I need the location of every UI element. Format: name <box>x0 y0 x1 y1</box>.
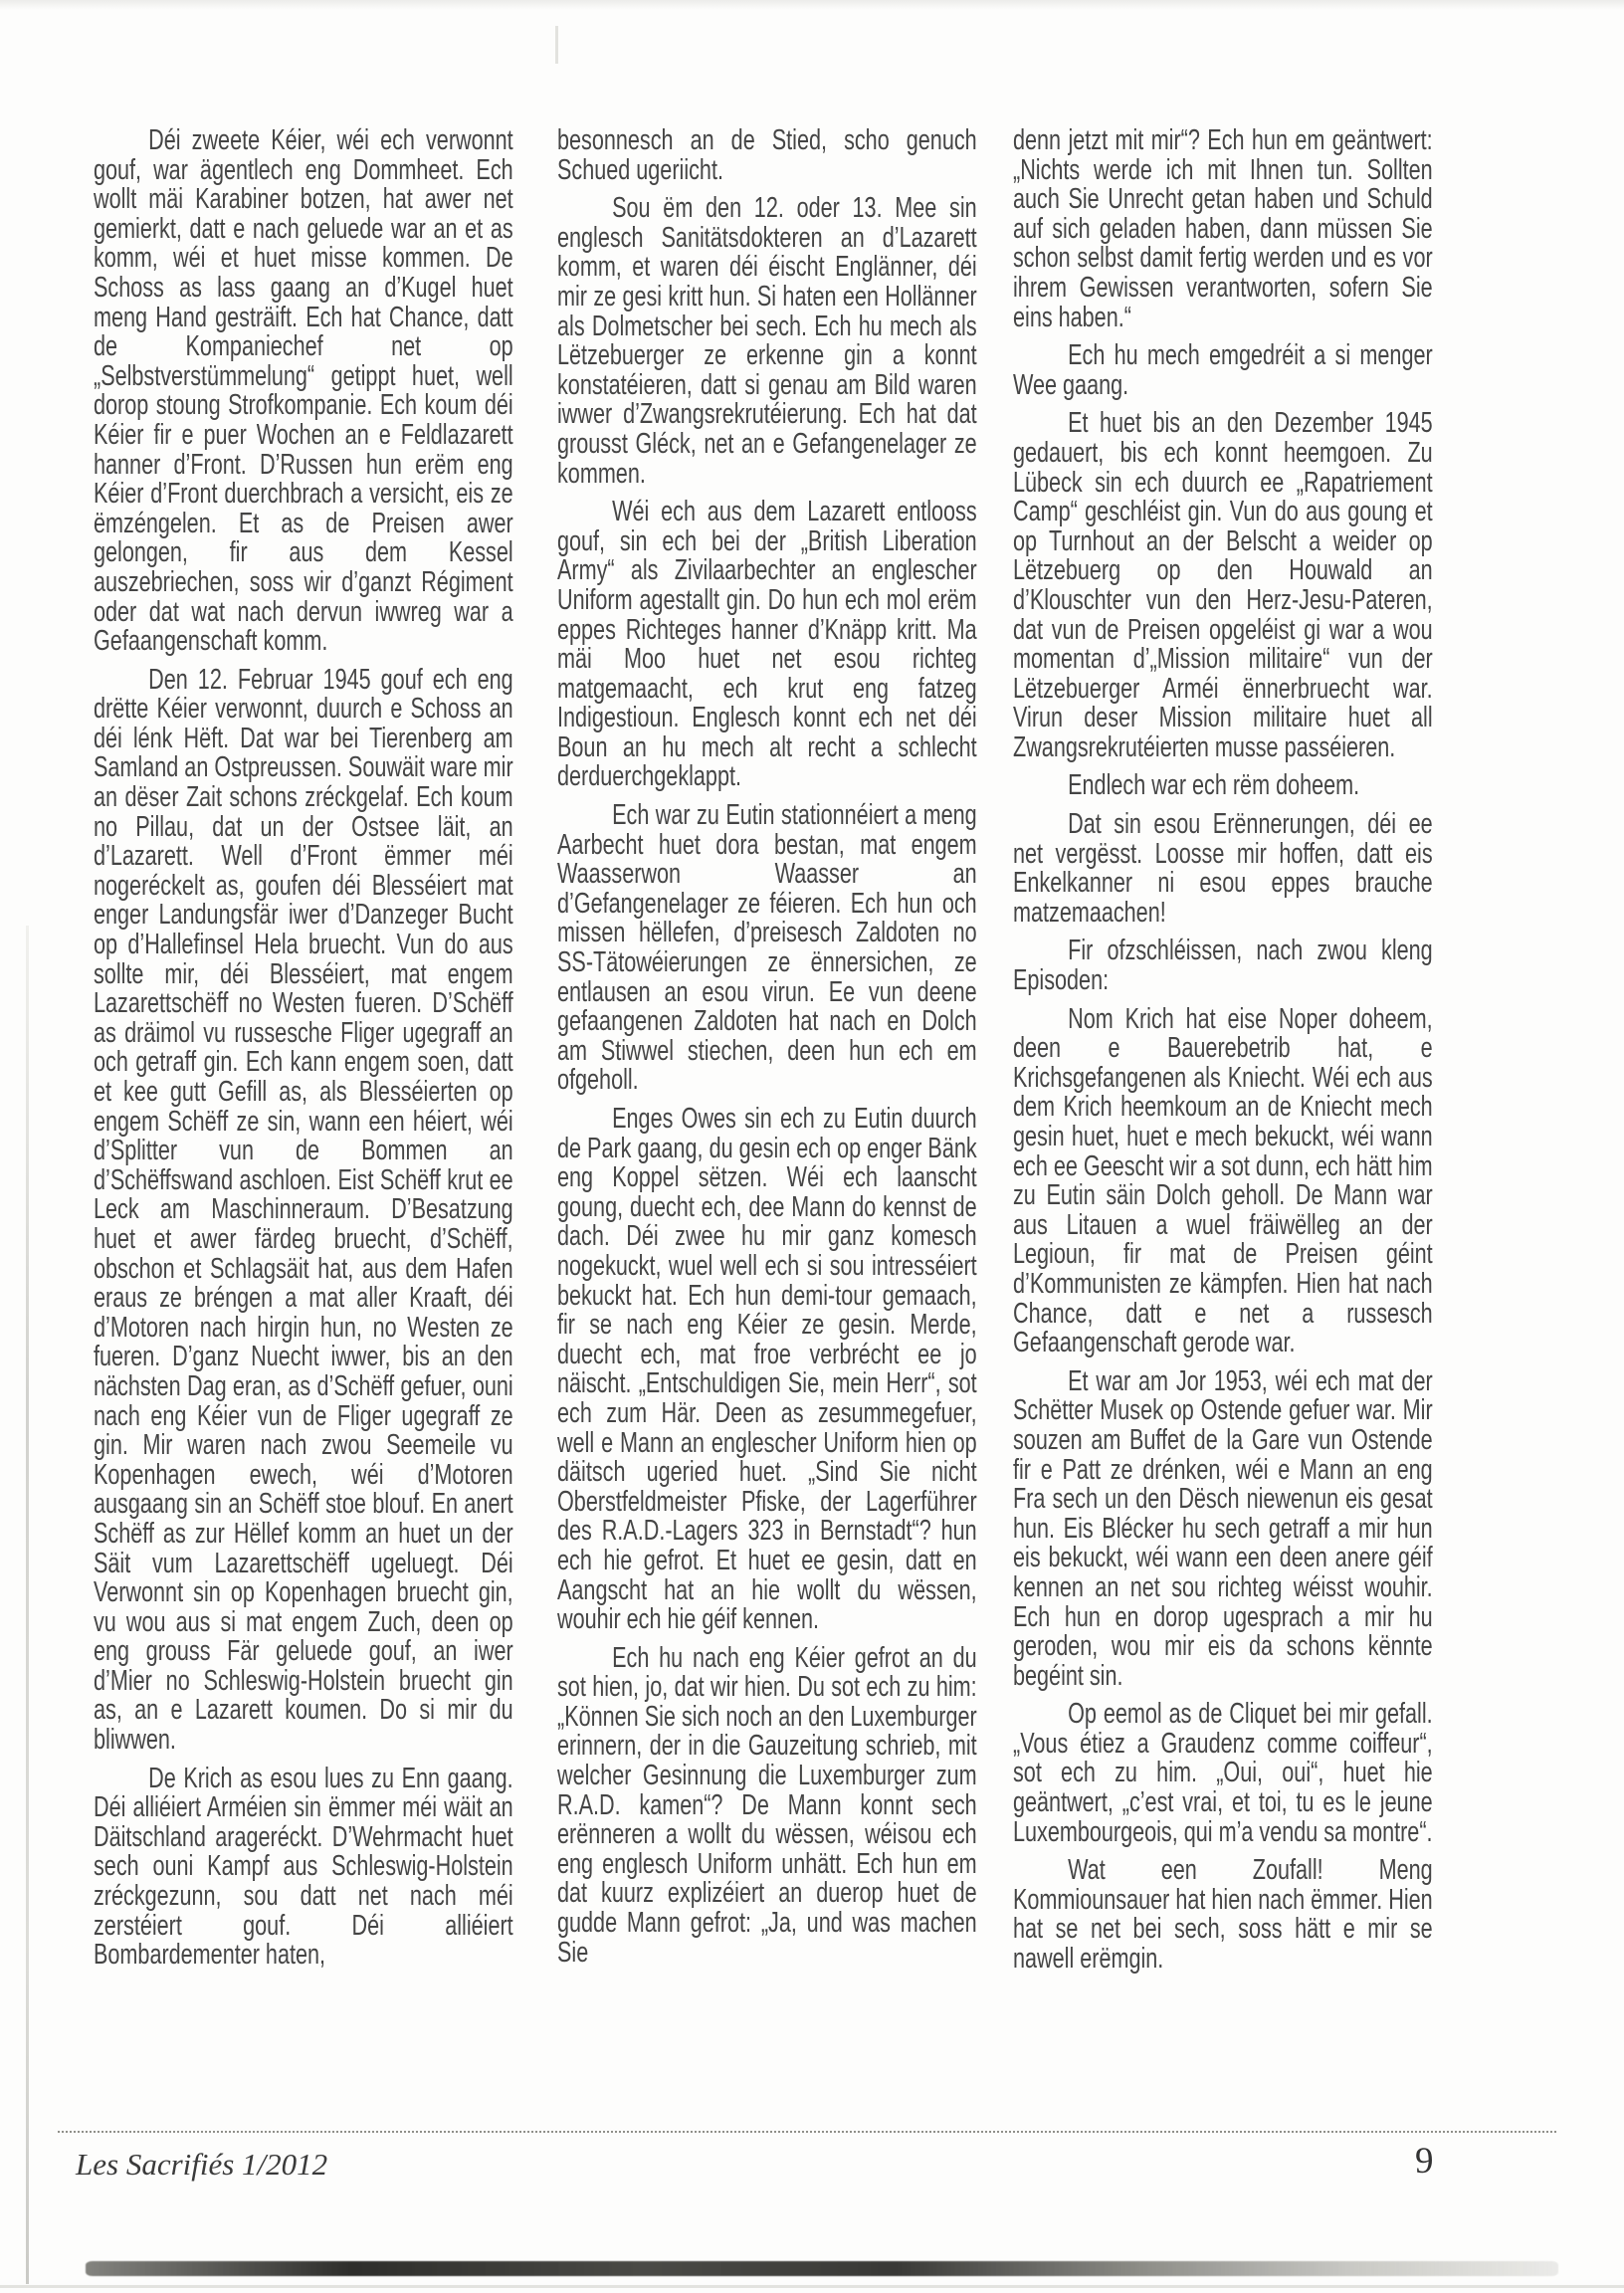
text-column-3: denn jetzt mit mir“? Ech hun em geäntwer… <box>1013 126 1433 1983</box>
paragraph: Enges Owes sin ech zu Eutin duurch de Pa… <box>557 1105 977 1635</box>
paragraph: Déi zweete Kéier, wéi ech verwonnt gouf,… <box>94 126 513 657</box>
paragraph: Et huet bis an den Dezember 1945 gedauer… <box>1013 409 1433 762</box>
text-column-1: Déi zweete Kéier, wéi ech verwonnt gouf,… <box>94 126 513 1980</box>
paragraph: De Krich as esou lues zu Enn gaang. Déi … <box>94 1765 513 1971</box>
scan-bottom-edge <box>86 2261 1558 2276</box>
paragraph: Op eemol as de Cliquet bei mir gefall. „… <box>1013 1700 1433 1847</box>
paragraph: denn jetzt mit mir“? Ech hun em geäntwer… <box>1013 126 1433 332</box>
paragraph: besonnesch an de Stied, scho genuch Schu… <box>557 126 977 185</box>
paragraph: Endlech war ech rëm doheem. <box>1013 771 1433 801</box>
text-column-2: besonnesch an de Stied, scho genuch Schu… <box>557 126 977 1977</box>
paragraph: Dat sin esou Erënnerungen, déi ee net ve… <box>1013 810 1433 928</box>
paragraph: Sou ëm den 12. oder 13. Mee sin englesch… <box>557 194 977 489</box>
paragraph: Wéi ech aus dem Lazarett entlooss gouf, … <box>557 498 977 792</box>
paragraph: Ech hu nach eng Kéier gefrot an du sot h… <box>557 1644 977 1969</box>
scan-top-shading <box>0 0 1624 10</box>
scan-bottom-hairline <box>0 2285 1624 2288</box>
page-number: 9 <box>1415 2140 1434 2183</box>
paragraph: Nom Krich hat eise Noper doheem, deen e … <box>1013 1005 1433 1358</box>
paragraph: Ech war zu Eutin stationnéiert a meng Aa… <box>557 801 977 1096</box>
paragraph: Wat een Zoufall! Meng Kommiounsauer hat … <box>1013 1856 1433 1974</box>
scan-dust-mark <box>555 26 558 64</box>
footer-divider <box>58 2131 1556 2133</box>
paragraph: Ech hu mech emgedréit a si menger Wee ga… <box>1013 341 1433 400</box>
paragraph: Fir ofzschléissen, nach zwou kleng Episo… <box>1013 937 1433 995</box>
paragraph: Den 12. Februar 1945 gouf ech eng drëtte… <box>94 666 513 1756</box>
page-edge-shadow <box>26 926 29 2284</box>
journal-title: Les Sacrifiés 1/2012 <box>76 2147 327 2183</box>
paragraph: Et war am Jor 1953, wéi ech mat der Schë… <box>1013 1367 1433 1692</box>
